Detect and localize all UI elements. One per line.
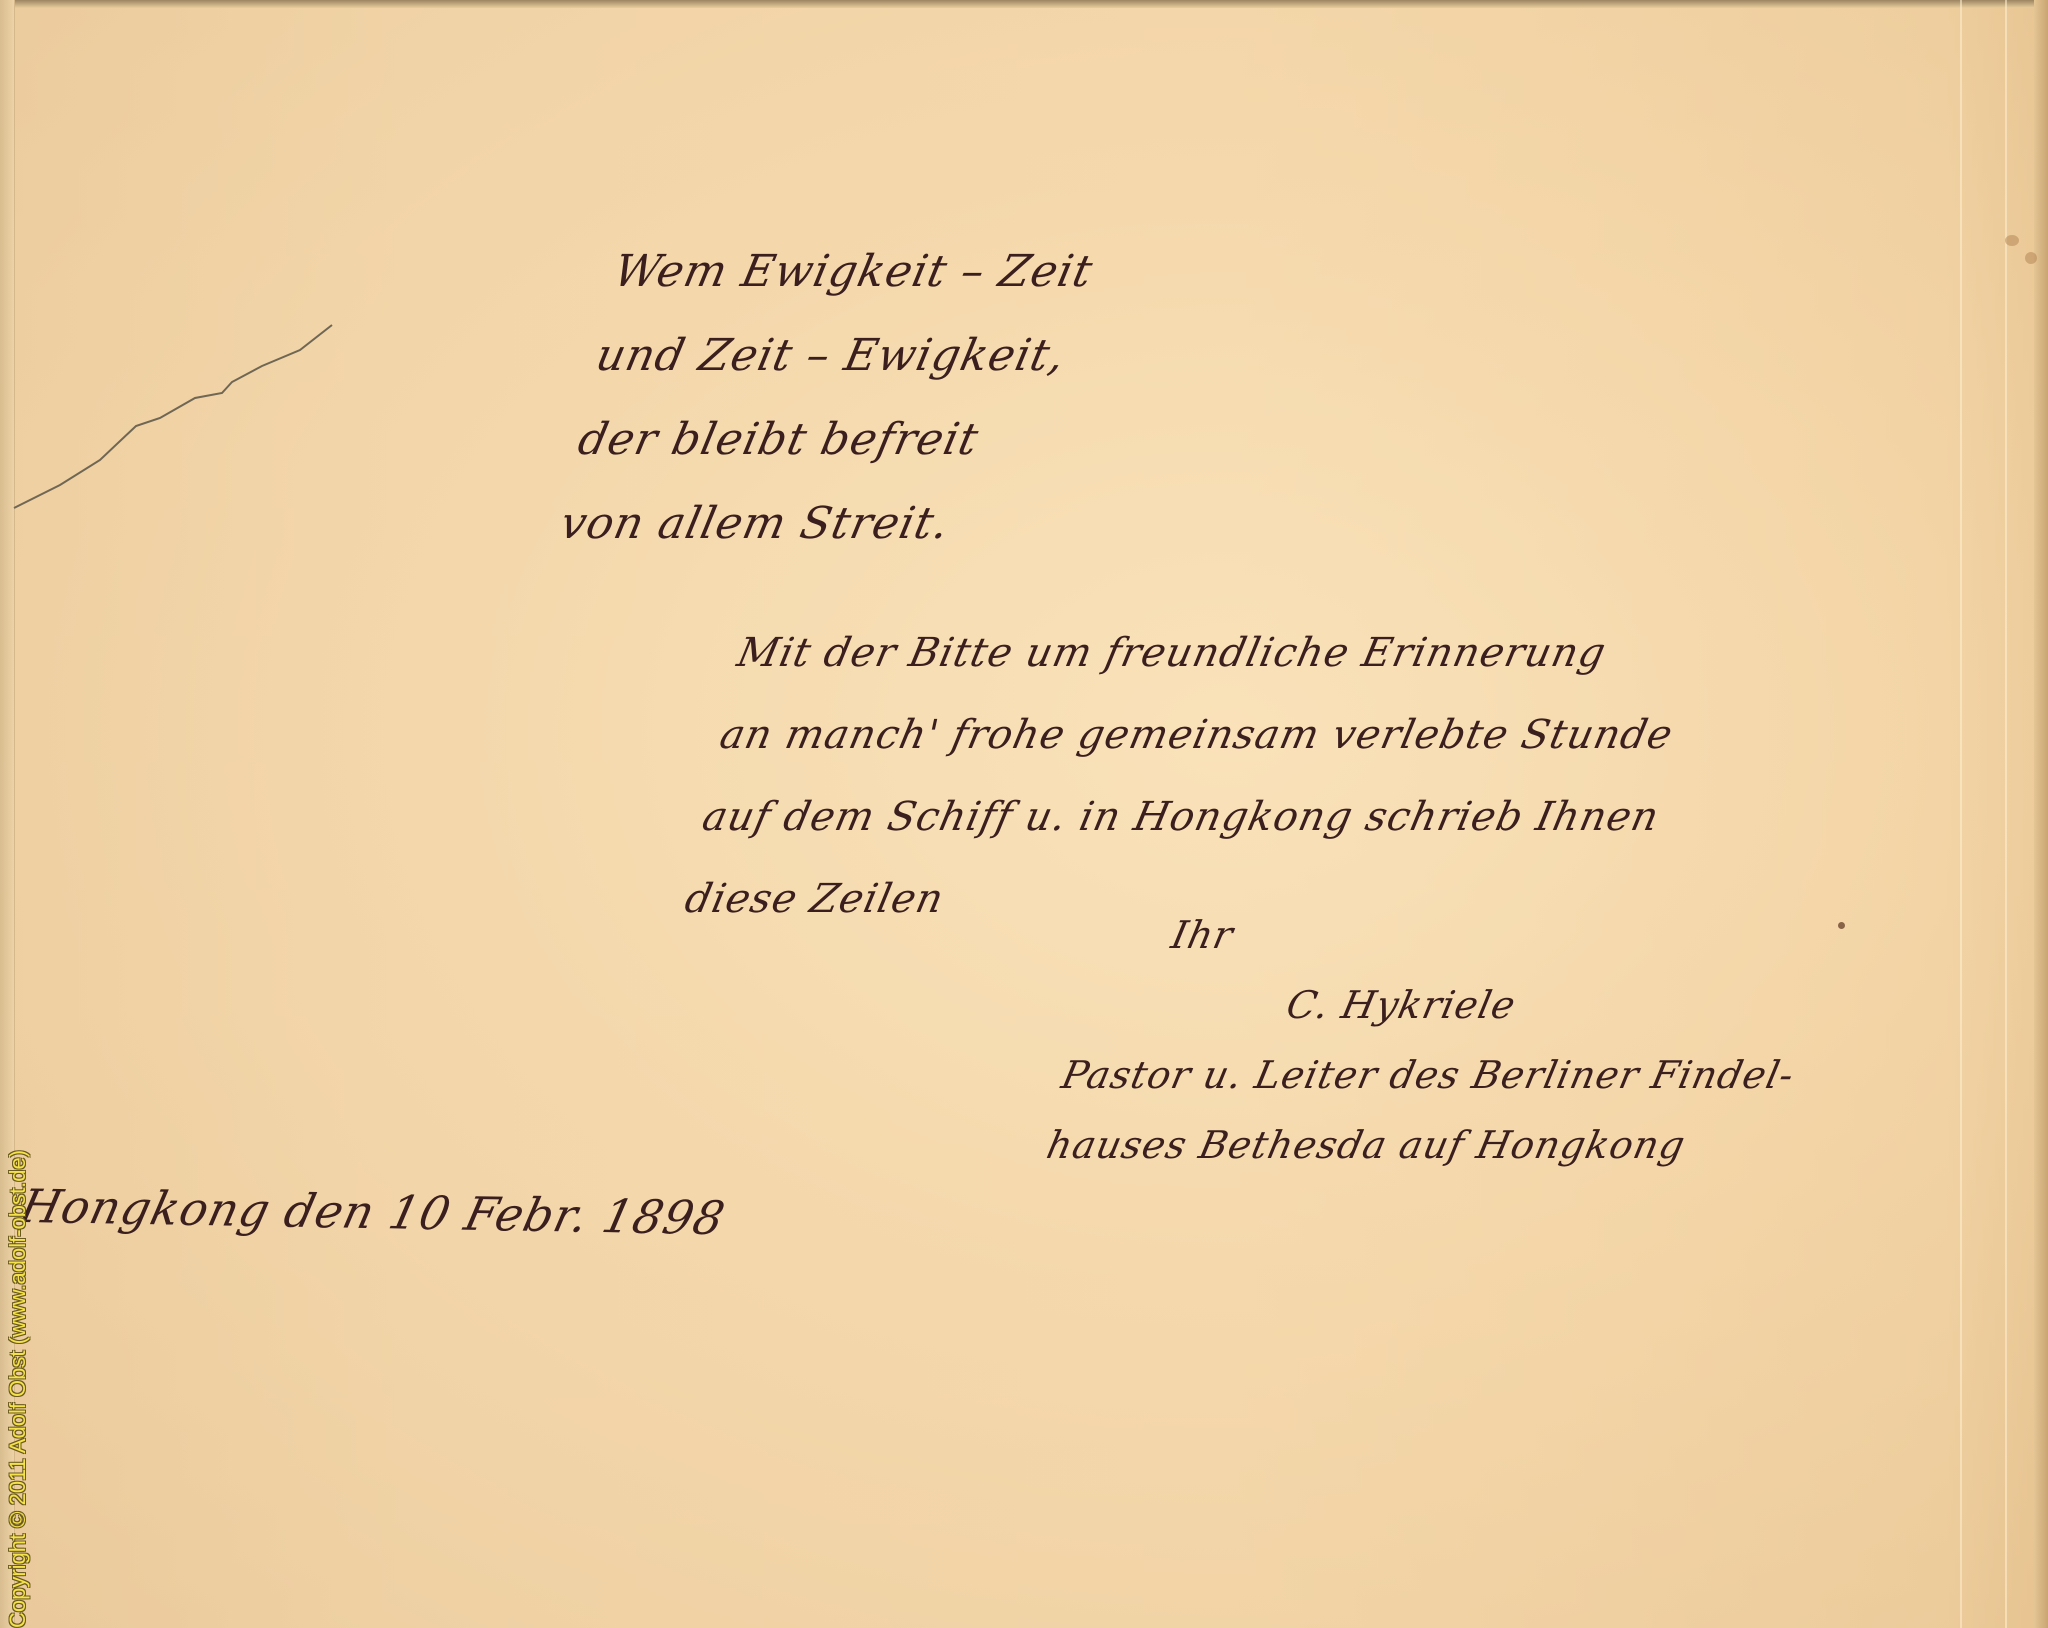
signature-closing: Ihr — [1165, 900, 1831, 970]
signature-title-line: Pastor u. Leiter des Berliner Findel- — [1055, 1040, 1801, 1110]
poem-line: Wem Ewigkeit – Zeit — [606, 230, 1101, 314]
paper-sheet: Wem Ewigkeit – Zeit und Zeit – Ewigkeit,… — [0, 0, 2048, 1628]
dedication-line: an manch' frohe gemeinsam verlebte Stund… — [712, 694, 1685, 776]
poem-verse: Wem Ewigkeit – Zeit und Zeit – Ewigkeit,… — [552, 230, 1101, 566]
paper-top-edge — [0, 0, 2048, 8]
dedication-text: Mit der Bitte um freundliche Erinnerung … — [677, 612, 1702, 940]
dedication-line: auf dem Schiff u. in Hongkong schrieb Ih… — [695, 776, 1668, 858]
paper-stain — [2005, 235, 2019, 246]
paper-stain — [2025, 252, 2037, 264]
paper-crease — [1960, 0, 1962, 1628]
poem-line: der bleibt befreit — [570, 398, 1065, 482]
paper-right-edge — [2034, 0, 2048, 1628]
signature-name: C. Hykriele — [1280, 970, 1816, 1040]
place-date-line: Hongkong den 10 Febr. 1898 — [15, 1179, 730, 1245]
poem-line: von allem Streit. — [552, 482, 1047, 566]
signature-block: Ihr C. Hykriele Pastor u. Leiter des Ber… — [1120, 900, 1831, 1180]
signature-title-line: hauses Bethesda auf Hongkong — [1040, 1110, 1786, 1180]
ink-spot — [1838, 922, 1845, 929]
poem-line: und Zeit – Ewigkeit, — [588, 314, 1083, 398]
dedication-line: Mit der Bitte um freundliche Erinnerung — [729, 612, 1702, 694]
paper-tear-line — [0, 300, 360, 560]
copyright-watermark: Copyright © 2011 Adolf Obst (www.adolf-o… — [4, 988, 32, 1628]
